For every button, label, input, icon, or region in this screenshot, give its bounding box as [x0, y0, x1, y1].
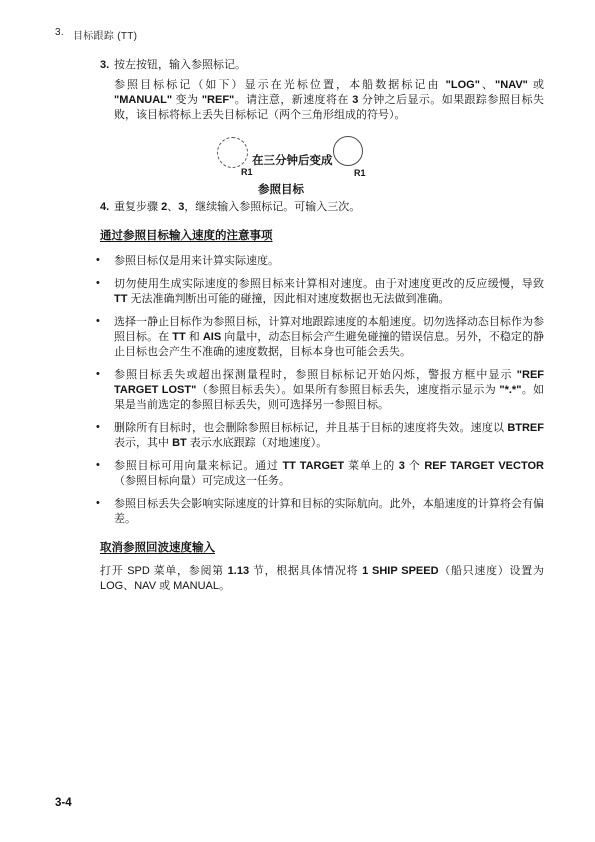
manual-page: 3. 目标跟踪 (TT) 3. 按左按钮，输入参照标记。 参照目标标记（如下）显…	[0, 0, 595, 842]
cancel-section-heading: 取消参照回波速度输入	[100, 541, 215, 556]
bullet-marker-icon: •	[96, 276, 100, 291]
running-head: 3. 目标跟踪 (TT)	[55, 27, 137, 42]
bullet-marker-icon: •	[96, 420, 100, 435]
target-label-before: R1	[241, 167, 253, 177]
bullet-text: 参照目标丢失或超出探测量程时，参照目标标记开始闪烁，警报方框中显示 "REF T…	[114, 369, 544, 411]
bullet-item: • 参照目标仅是用来计算实际速度。	[100, 254, 544, 269]
step-4: 4. 重复步骤 2、3，继续输入参照标记。可输入三次。	[100, 200, 544, 215]
figure-caption: 参照目标	[231, 183, 331, 198]
step-3-title: 按左按钮，输入参照标记。	[114, 58, 544, 73]
reference-target-solid-circle-icon	[333, 136, 363, 166]
bullet-item: • 参照目标可用向量来标记。通过 TT TARGET 菜单上的 3 个 REF …	[100, 459, 544, 489]
step-3-paragraph: 参照目标标记（如下）显示在光标位置，本船数据标记由 "LOG"、"NAV" 或 …	[100, 78, 544, 123]
bullet-text: 删除所有目标时，也会删除参照目标标记，并且基于目标的速度将失效。速度以 BTRE…	[114, 422, 544, 449]
cancel-paragraph: 打开 SPD 菜单，参阅第 1.13 节，根据具体情况将 1 SHIP SPEE…	[100, 564, 544, 594]
bullet-text: 选择一静止目标作为参照目标，计算对地跟踪速度的本船速度。切勿选择动态目标作为参照…	[114, 316, 544, 358]
bullet-text: 切勿使用生成实际速度的参照目标来计算相对速度。由于对速度更改的反应缓慢，导致 T…	[114, 278, 544, 305]
bullet-marker-icon: •	[96, 496, 100, 511]
bullet-item: • 选择一静止目标作为参照目标，计算对地跟踪速度的本船速度。切勿选择动态目标作为…	[100, 315, 544, 360]
step-3: 3. 按左按钮，输入参照标记。	[100, 58, 544, 73]
bullet-item: • 删除所有目标时，也会删除参照目标标记，并且基于目标的速度将失效。速度以 BT…	[100, 421, 544, 451]
step-3-number: 3.	[100, 58, 114, 73]
bullet-marker-icon: •	[96, 314, 100, 329]
bullet-marker-icon: •	[96, 253, 100, 268]
bullet-text: 参照目标丢失会影响实际速度的计算和目标的实际航向。此外，本船速度的计算将会有偏差…	[114, 498, 544, 525]
page-content: 3. 按左按钮，输入参照标记。 参照目标标记（如下）显示在光标位置，本船数据标记…	[100, 55, 544, 594]
tracked-target-dashed-circle-icon	[217, 137, 248, 168]
bullet-text: 参照目标仅是用来计算实际速度。	[114, 255, 279, 267]
target-label-after: R1	[354, 168, 366, 178]
bullet-marker-icon: •	[96, 458, 100, 473]
bullet-item: • 切勿使用生成实际速度的参照目标来计算相对速度。由于对速度更改的反应缓慢，导致…	[100, 277, 544, 307]
reference-target-figure: R1 在三分钟后变成 R1 参照目标	[100, 135, 544, 199]
chapter-number: 3.	[55, 27, 64, 42]
transition-label: 在三分钟后变成	[252, 154, 333, 169]
step-4-number: 4.	[100, 200, 114, 215]
chapter-title: 目标跟踪 (TT)	[73, 27, 137, 42]
bullet-text: 参照目标可用向量来标记。通过 TT TARGET 菜单上的 3 个 REF TA…	[114, 460, 544, 487]
page-number: 3-4	[55, 797, 72, 809]
notes-bullet-list: • 参照目标仅是用来计算实际速度。 • 切勿使用生成实际速度的参照目标来计算相对…	[100, 254, 544, 527]
bullet-item: • 参照目标丢失会影响实际速度的计算和目标的实际航向。此外，本船速度的计算将会有…	[100, 497, 544, 527]
bullet-item: • 参照目标丢失或超出探测量程时，参照目标标记开始闪烁，警报方框中显示 "REF…	[100, 368, 544, 413]
bullet-marker-icon: •	[96, 367, 100, 382]
notes-section-heading: 通过参照目标输入速度的注意事项	[100, 229, 273, 244]
step-4-text: 重复步骤 2、3，继续输入参照标记。可输入三次。	[114, 200, 544, 215]
